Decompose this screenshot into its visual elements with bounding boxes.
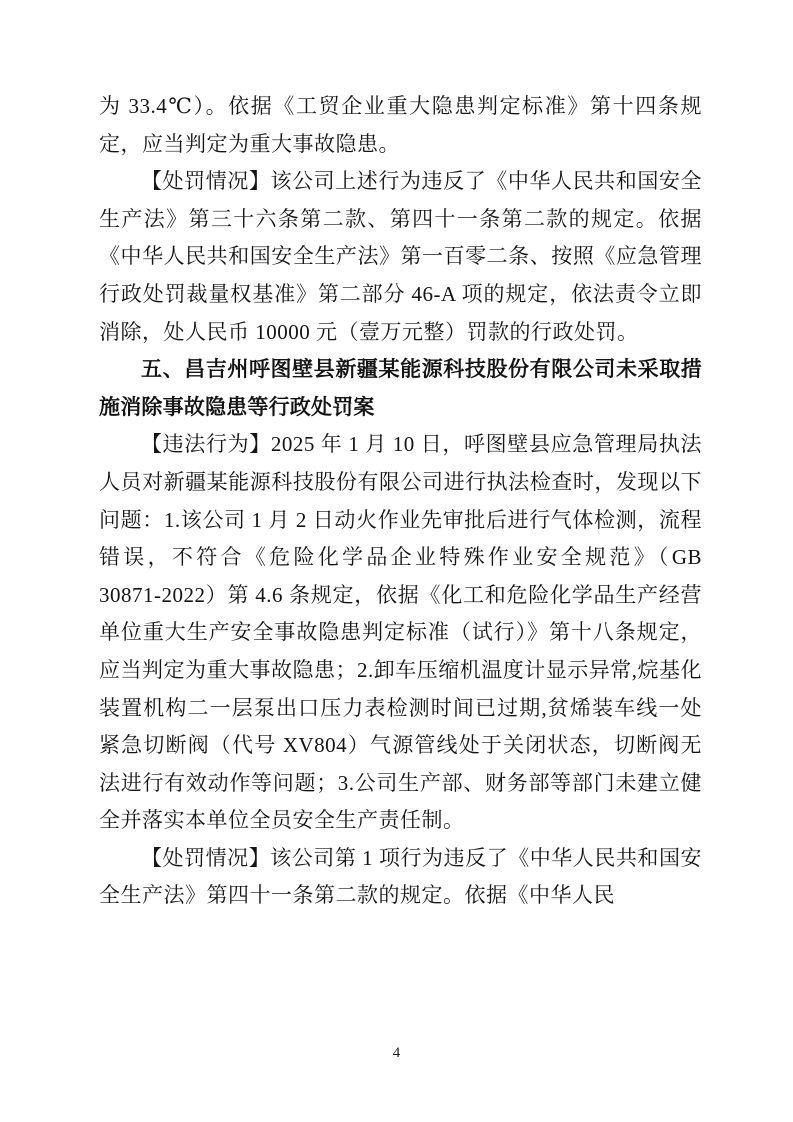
paragraph-penalty-continuation: 为 33.4℃）。依据《工贸企业重大隐患判定标准》第十四条规定，应当判定为重大事… [99, 88, 702, 163]
document-page: 为 33.4℃）。依据《工贸企业重大隐患判定标准》第十四条规定，应当判定为重大事… [0, 0, 793, 1122]
paragraph-penalty-details-case5: 【处罚情况】该公司第 1 项行为违反了《中华人民共和国安全生产法》第四十一条第二… [99, 840, 702, 915]
document-body: 为 33.4℃）。依据《工贸企业重大隐患判定标准》第十四条规定，应当判定为重大事… [99, 88, 702, 915]
page-number: 4 [0, 1044, 793, 1062]
paragraph-violation-details-case5: 【违法行为】2025 年 1 月 10 日，呼图壁县应急管理局执法人员对新疆某能… [99, 426, 702, 840]
section-heading-case5: 五、昌吉州呼图壁县新疆某能源科技股份有限公司未采取措施消除事故隐患等行政处罚案 [99, 351, 702, 426]
paragraph-penalty-details-case4: 【处罚情况】该公司上述行为违反了《中华人民共和国安全生产法》第三十六条第二款、第… [99, 163, 702, 351]
